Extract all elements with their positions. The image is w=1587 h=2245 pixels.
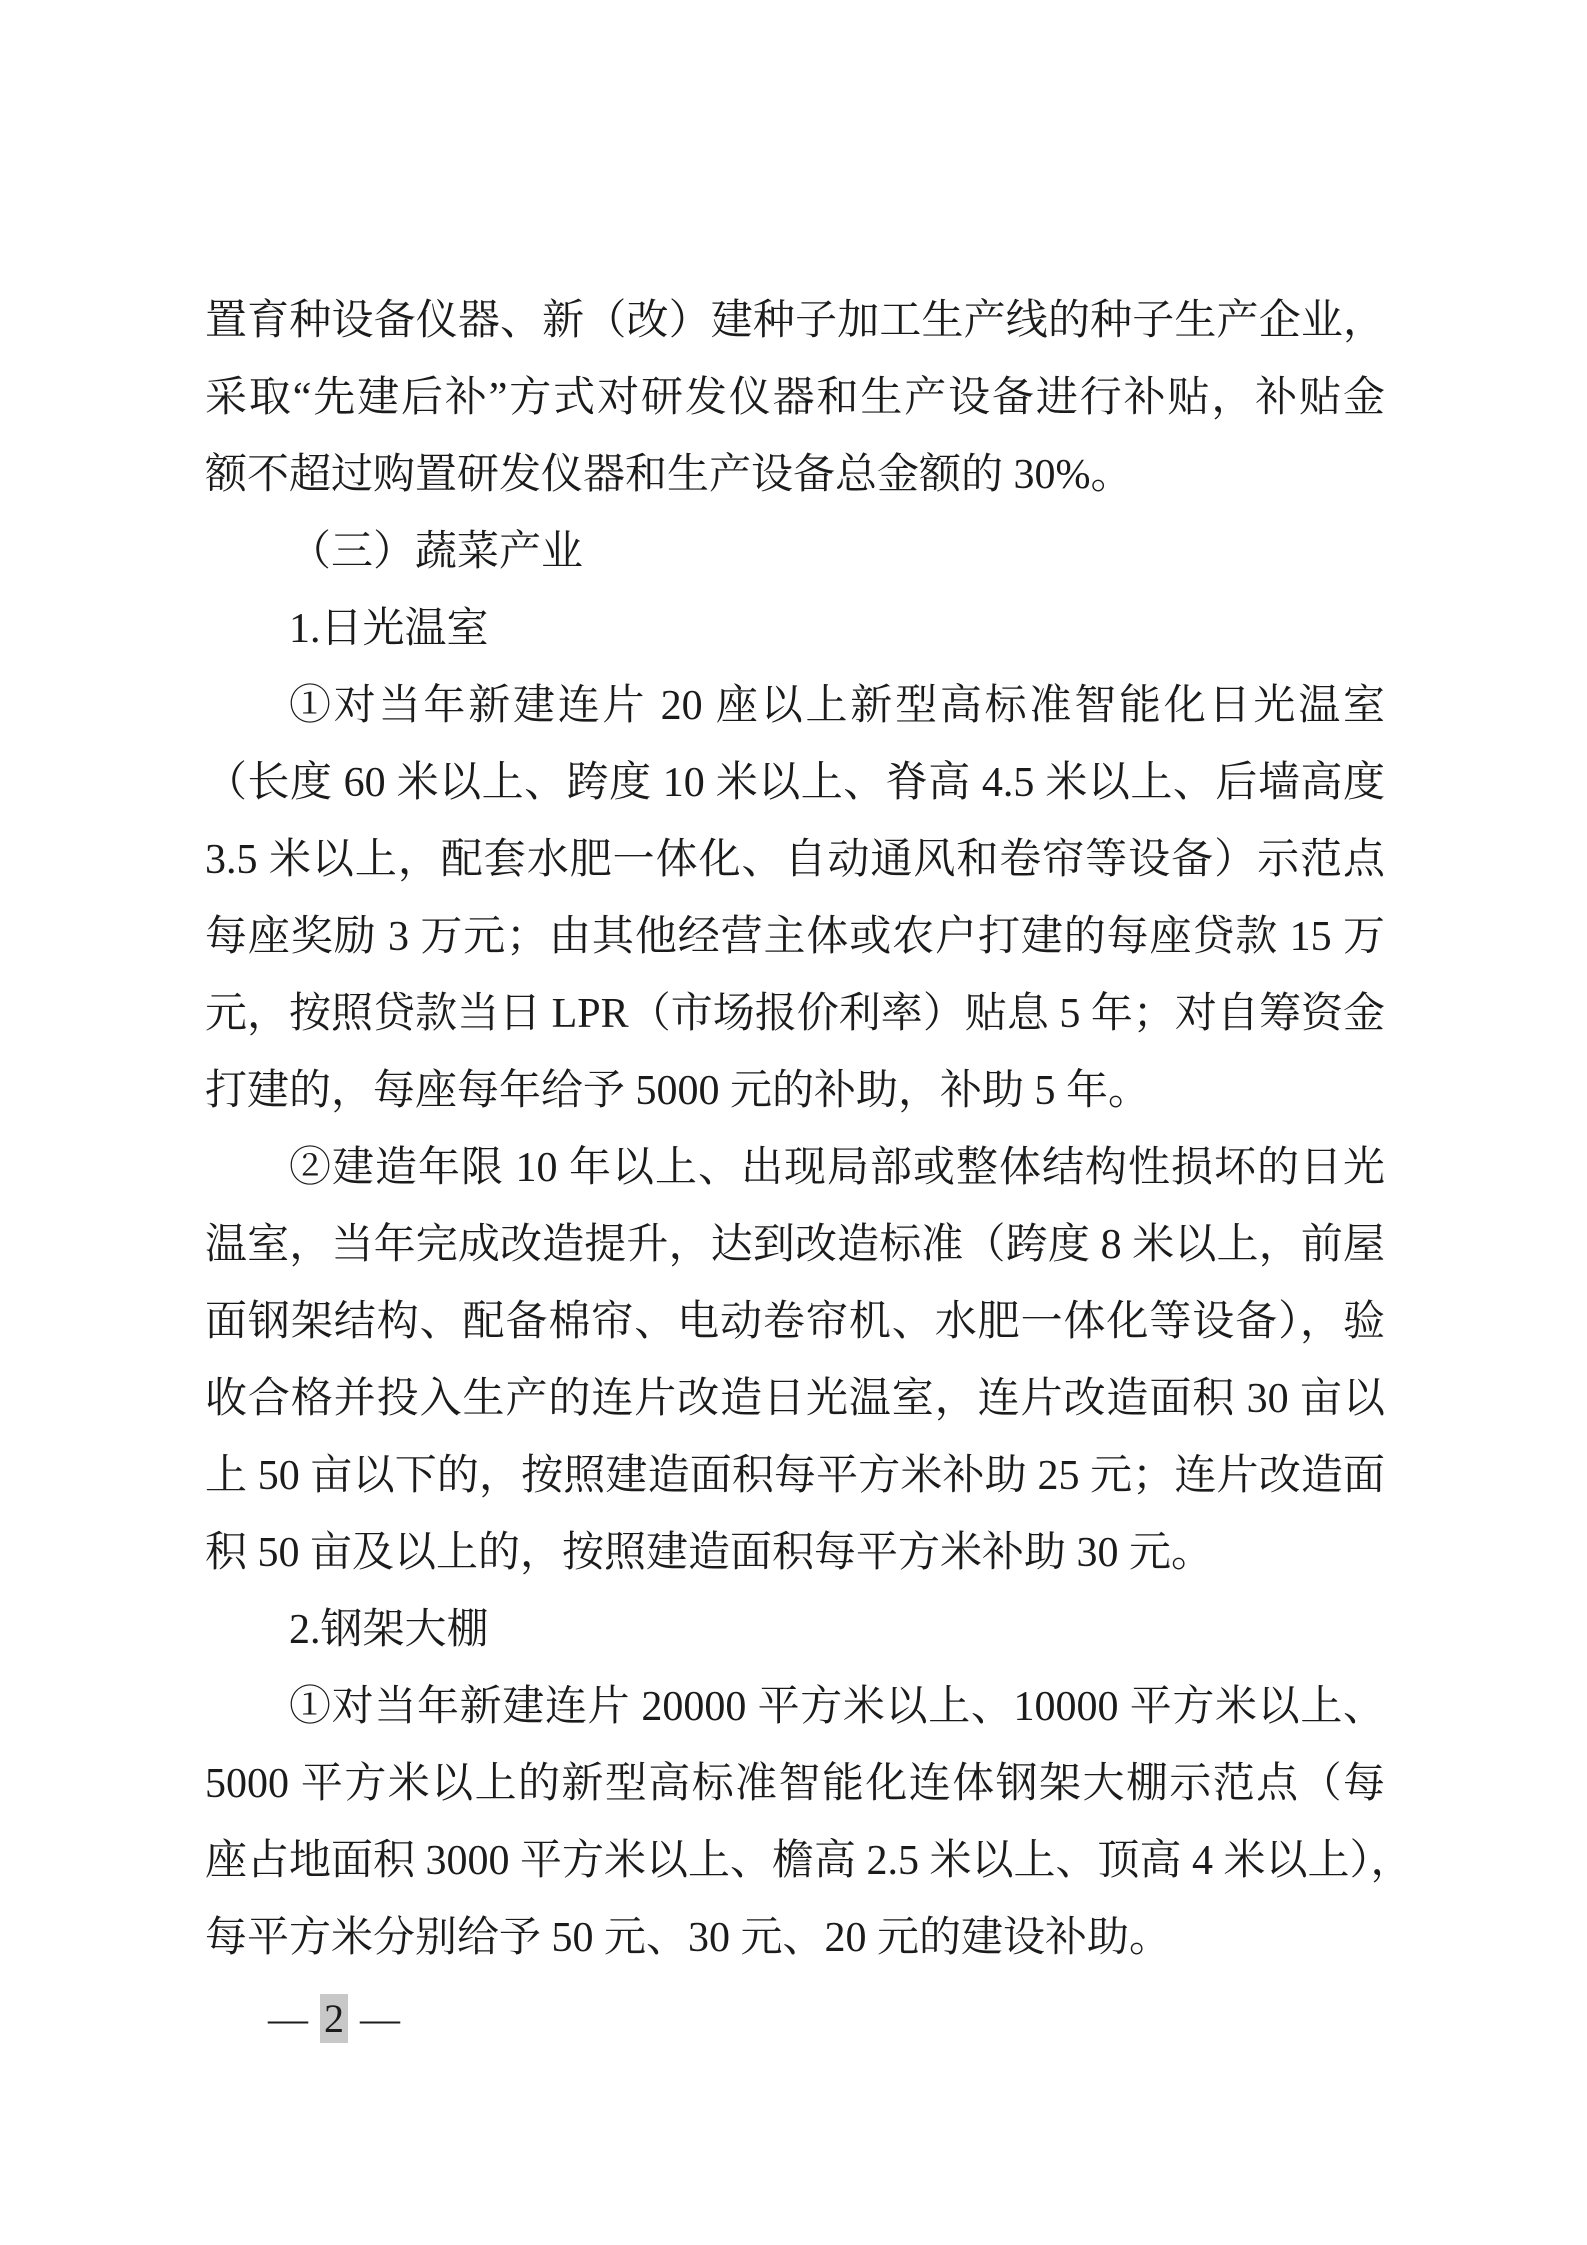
text-line: 5000 平方米以上的新型高标准智能化连体钢架大棚示范点（每 [205,1746,1385,1823]
text-line: 3.5 米以上，配套水肥一体化、自动通风和卷帘等设备）示范点 [205,822,1385,899]
document-page-body: 置育种设备仪器、新（改）建种子加工生产线的种子生产企业， 采取“先建后补”方式对… [205,283,1385,1977]
text-line: 每平方米分别给予 50 元、30 元、20 元的建设补助。 [205,1900,1385,1977]
text-line: ①对当年新建连片 20000 平方米以上、10000 平方米以上、 [205,1669,1385,1746]
text-line: （长度 60 米以上、跨度 10 米以上、脊高 4.5 米以上、后墙高度 [205,745,1385,822]
section-heading-vegetable-industry: （三）蔬菜产业 [205,514,1385,591]
text-line: 座占地面积 3000 平方米以上、檐高 2.5 米以上、顶高 4 米以上）， [205,1823,1385,1900]
text-line: 温室，当年完成改造提升，达到改造标准（跨度 8 米以上，前屋 [205,1207,1385,1284]
text-line: 打建的，每座每年给予 5000 元的补助，补助 5 年。 [205,1053,1385,1130]
text-line: 上 50 亩以下的，按照建造面积每平方米补助 25 元；连片改造面 [205,1438,1385,1515]
text-line: 置育种设备仪器、新（改）建种子加工生产线的种子生产企业， [205,283,1385,360]
page-number: 2 [320,1994,348,2043]
footer-dash-left: — [268,1996,308,2041]
subsection-heading-solar-greenhouse: 1.日光温室 [205,591,1385,668]
text-line: 每座奖励 3 万元；由其他经营主体或农户打建的每座贷款 15 万 [205,899,1385,976]
text-line: 积 50 亩及以上的，按照建造面积每平方米补助 30 元。 [205,1515,1385,1592]
footer-dash-right: — [360,1996,400,2041]
text-line: 元，按照贷款当日 LPR（市场报价利率）贴息 5 年；对自筹资金 [205,976,1385,1053]
subsection-heading-steel-frame-shed: 2.钢架大棚 [205,1592,1385,1669]
text-line: 额不超过购置研发仪器和生产设备总金额的 30%。 [205,437,1385,514]
text-line: ②建造年限 10 年以上、出现局部或整体结构性损坏的日光 [205,1130,1385,1207]
text-line: 采取“先建后补”方式对研发仪器和生产设备进行补贴，补贴金 [205,360,1385,437]
text-line: ①对当年新建连片 20 座以上新型高标准智能化日光温室 [205,668,1385,745]
text-line: 收合格并投入生产的连片改造日光温室，连片改造面积 30 亩以 [205,1361,1385,1438]
text-line: 面钢架结构、配备棉帘、电动卷帘机、水肥一体化等设备），验 [205,1284,1385,1361]
page-footer: —2— [268,1992,400,2046]
